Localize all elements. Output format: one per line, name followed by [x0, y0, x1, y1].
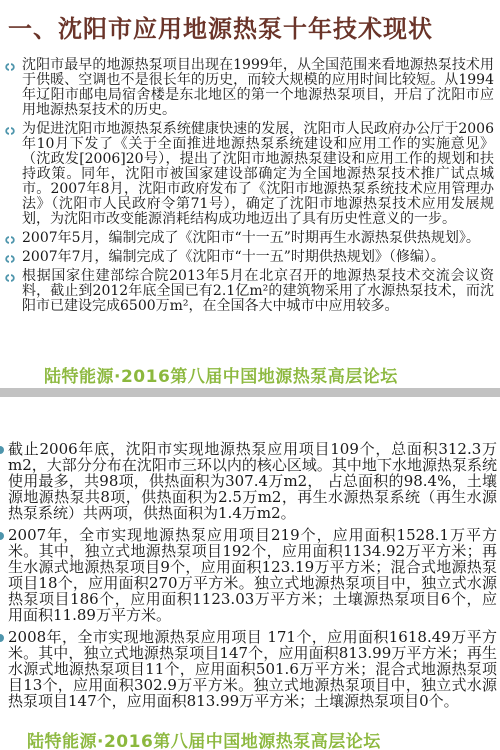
- bullet-paragraph: 2007年7月，编制完成了《沈阳市“十一五”时期供热规划》（修编）。: [0, 250, 494, 265]
- page-title: 一、沈阳市应用地源热泵十年技术现状: [8, 9, 496, 44]
- paragraph-text: 截止2006年底，沈阳市实现地源热泵应用项目109个，总面积312.3万m2，大…: [8, 440, 497, 522]
- bullet-paragraph: 根据国家住建部综合院2013年5月在北京召开的地源热泵技术交流会议资料，截止到2…: [0, 269, 494, 314]
- bullet-paragraph: 截止2006年底，沈阳市实现地源热泵应用项目109个，总面积312.3万m2，大…: [0, 441, 497, 521]
- paragraph-text: 沈阳市最早的地源热泵项目出现在1999年，从全国范围来看地源热泵技术用于供暖、空…: [22, 57, 494, 118]
- bullet-paragraph: 2007年，全市实现地源热泵应用项目219个，应用面积1528.1万平方米。其中…: [0, 527, 497, 623]
- swash-bullet-icon: [3, 234, 17, 244]
- dot-bullet-icon: [0, 446, 4, 454]
- paragraph-text: 2007年5月，编制完成了《沈阳市“十一五”时期再生水源热泵供热规划》。: [22, 230, 480, 246]
- bullet-paragraph: 沈阳市最早的地源热泵项目出现在1999年，从全国范围来看地源热泵技术用于供暖、空…: [0, 58, 494, 118]
- swash-bullet-icon: [3, 61, 17, 71]
- paragraph-text: 2007年7月，编制完成了《沈阳市“十一五”时期供热规划》（修编）。: [22, 249, 445, 265]
- bullet-paragraph: 2007年5月，编制完成了《沈阳市“十一五”时期再生水源热泵供热规划》。: [0, 231, 494, 246]
- slide1-body: 沈阳市最早的地源热泵项目出现在1999年，从全国范围来看地源热泵技术用于供暖、空…: [0, 58, 500, 318]
- bullet-paragraph: 2008年，全市实现地源热泵应用项目 171个，应用面积1618.49万平方米。…: [0, 629, 497, 709]
- paragraph-text: 2007年，全市实现地源热泵应用项目219个，应用面积1528.1万平方米。其中…: [8, 526, 497, 624]
- dot-bullet-icon: [0, 634, 4, 642]
- swash-bullet-icon: [3, 125, 17, 135]
- swash-bullet-icon: [3, 272, 17, 282]
- paragraph-text: 为促进沈阳市地源热泵系统健康快速的发展，沈阳市人民政府办公厅于2006年10月下…: [22, 121, 494, 227]
- swash-bullet-icon: [3, 253, 17, 263]
- forum-footer: 陆特能源·2016第八届中国地源热泵高层论坛: [27, 727, 381, 750]
- slide2-body: 截止2006年底，沈阳市实现地源热泵应用项目109个，总面积312.3万m2，大…: [0, 441, 500, 715]
- paragraph-text: 根据国家住建部综合院2013年5月在北京召开的地源热泵技术交流会议资料，截止到2…: [22, 268, 494, 314]
- dot-bullet-icon: [0, 532, 4, 540]
- forum-footer: 陆特能源·2016第八届中国地源热泵高层论坛: [44, 362, 398, 387]
- slide-divider: [0, 388, 500, 397]
- paragraph-text: 2008年，全市实现地源热泵应用项目 171个，应用面积1618.49万平方米。…: [8, 628, 497, 710]
- bullet-paragraph: 为促进沈阳市地源热泵系统健康快速的发展，沈阳市人民政府办公厅于2006年10月下…: [0, 122, 494, 227]
